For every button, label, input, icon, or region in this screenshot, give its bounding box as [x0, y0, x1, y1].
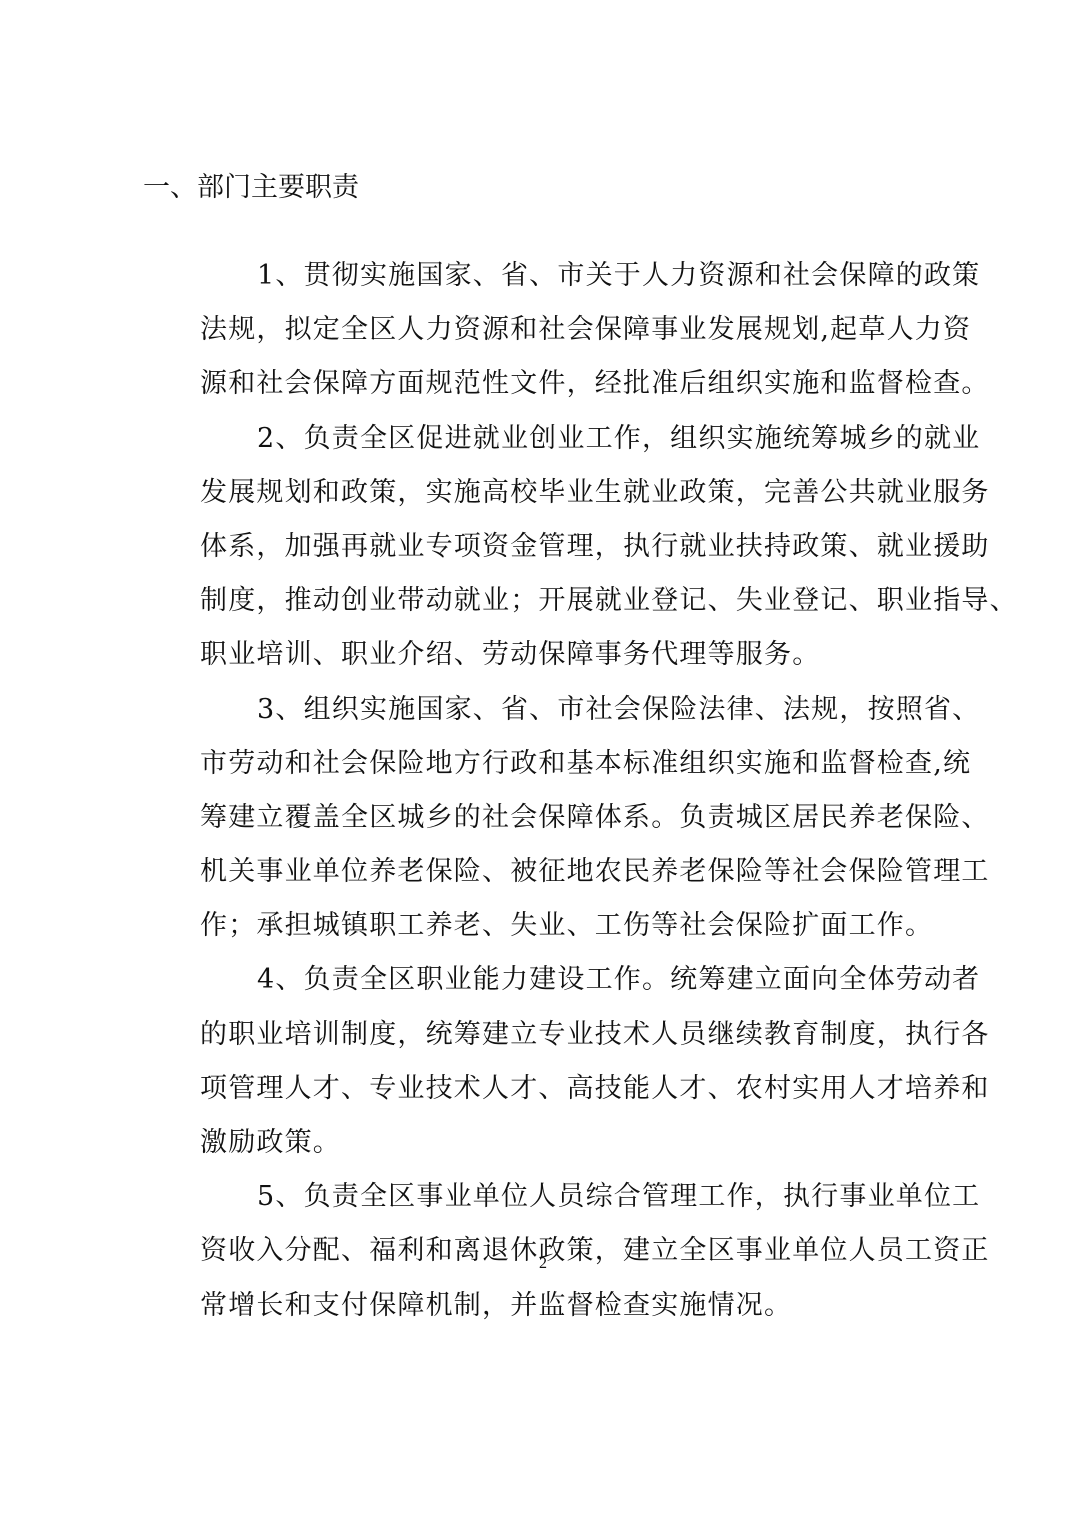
paragraph-line: 常增长和支付保障机制，并监督检查实施情况。: [143, 1279, 943, 1333]
duty-paragraph-2: 2、负责全区促进就业创业工作，组织实施统筹城乡的就业 发展规划和政策，实施高校毕…: [143, 412, 943, 683]
paragraph-line: 法规，拟定全区人力资源和社会保障事业发展规划,起草人力资: [143, 303, 943, 357]
page-content: 一、部门主要职责 1、贯彻实施国家、省、市关于人力资源和社会保障的政策 法规，拟…: [143, 165, 943, 1333]
paragraph-line: 机关事业单位养老保险、被征地农民养老保险等社会保险管理工: [143, 845, 943, 899]
document-page: 一、部门主要职责 1、贯彻实施国家、省、市关于人力资源和社会保障的政策 法规，拟…: [0, 0, 1074, 1520]
paragraph-line: 2、负责全区促进就业创业工作，组织实施统筹城乡的就业: [143, 412, 943, 466]
paragraph-line: 4、负责全区职业能力建设工作。统筹建立面向全体劳动者: [143, 953, 943, 1007]
paragraph-line: 体系，加强再就业专项资金管理，执行就业扶持政策、就业援助: [143, 520, 943, 574]
duty-paragraph-5: 5、负责全区事业单位人员综合管理工作，执行事业单位工 资收入分配、福利和离退休政…: [143, 1170, 943, 1333]
paragraph-line: 制度，推动创业带动就业；开展就业登记、失业登记、职业指导、: [143, 574, 943, 628]
paragraph-line: 市劳动和社会保险地方行政和基本标准组织实施和监督检查,统: [143, 737, 943, 791]
paragraph-line: 筹建立覆盖全区城乡的社会保障体系。负责城区居民养老保险、: [143, 791, 943, 845]
paragraph-line: 1、贯彻实施国家、省、市关于人力资源和社会保障的政策: [143, 249, 943, 303]
paragraph-line: 项管理人才、专业技术人才、高技能人才、农村实用人才培养和: [143, 1062, 943, 1116]
paragraph-line: 发展规划和政策，实施高校毕业生就业政策，完善公共就业服务: [143, 466, 943, 520]
paragraph-line: 5、负责全区事业单位人员综合管理工作，执行事业单位工: [143, 1170, 943, 1224]
paragraph-line: 3、组织实施国家、省、市社会保险法律、法规，按照省、: [143, 683, 943, 737]
paragraph-line: 职业培训、职业介绍、劳动保障事务代理等服务。: [143, 628, 943, 682]
page-number: 2: [0, 1254, 1074, 1274]
paragraph-line: 的职业培训制度，统筹建立专业技术人员继续教育制度，执行各: [143, 1008, 943, 1062]
duty-paragraph-1: 1、贯彻实施国家、省、市关于人力资源和社会保障的政策 法规，拟定全区人力资源和社…: [143, 249, 943, 412]
section-heading: 一、部门主要职责: [143, 165, 943, 211]
duty-paragraph-3: 3、组织实施国家、省、市社会保险法律、法规，按照省、 市劳动和社会保险地方行政和…: [143, 683, 943, 954]
paragraph-line: 源和社会保障方面规范性文件，经批准后组织实施和监督检查。: [143, 357, 943, 411]
paragraph-line: 作；承担城镇职工养老、失业、工伤等社会保险扩面工作。: [143, 899, 943, 953]
duty-paragraph-4: 4、负责全区职业能力建设工作。统筹建立面向全体劳动者 的职业培训制度，统筹建立专…: [143, 953, 943, 1170]
paragraph-line: 激励政策。: [143, 1116, 943, 1170]
